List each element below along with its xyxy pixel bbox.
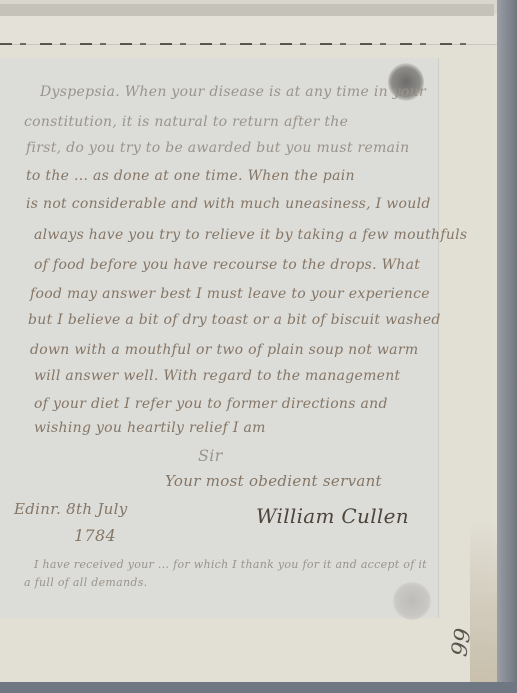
valediction: Your most obedient servant [165,472,382,490]
page-number: 99 [447,627,476,659]
torn-fold-line [0,43,470,45]
body-line: down with a mouthful or two of plain sou… [30,342,418,358]
body-line: but I believe a bit of dry toast or a bi… [28,312,441,328]
folded-edge-band-lower [0,16,500,45]
body-line: constitution, it is natural to return af… [24,114,348,130]
mount-right-edge [497,0,517,693]
postscript-line: a full of all demands. [24,576,147,589]
postscript-line: I have received your ... for which I tha… [34,558,427,571]
body-line: first, do you try to be awarded but you … [26,140,409,156]
body-line: will answer well. With regard to the man… [34,368,400,384]
body-line: always have you try to relieve it by tak… [34,227,467,243]
body-line: of your diet I refer you to former direc… [34,396,388,412]
mount-bottom-edge [0,682,517,693]
body-line: of food before you have recourse to the … [34,257,420,273]
signature: William Cullen [256,504,409,528]
body-line: wishing you heartily relief I am [34,420,266,436]
seal-stain [393,582,431,620]
body-line: food may answer best I must leave to you… [30,286,430,302]
body-line: Dyspepsia. When your disease is at any t… [40,84,426,100]
salutation: Sir [198,446,223,465]
body-line: is not considerable and with much uneasi… [26,196,431,212]
edge-discoloration [470,520,497,682]
body-line: to the ... as done at one time. When the… [26,168,355,184]
folded-edge-band [0,4,494,16]
year: 1784 [74,526,116,545]
place-date: Edinr. 8th July [14,500,128,518]
